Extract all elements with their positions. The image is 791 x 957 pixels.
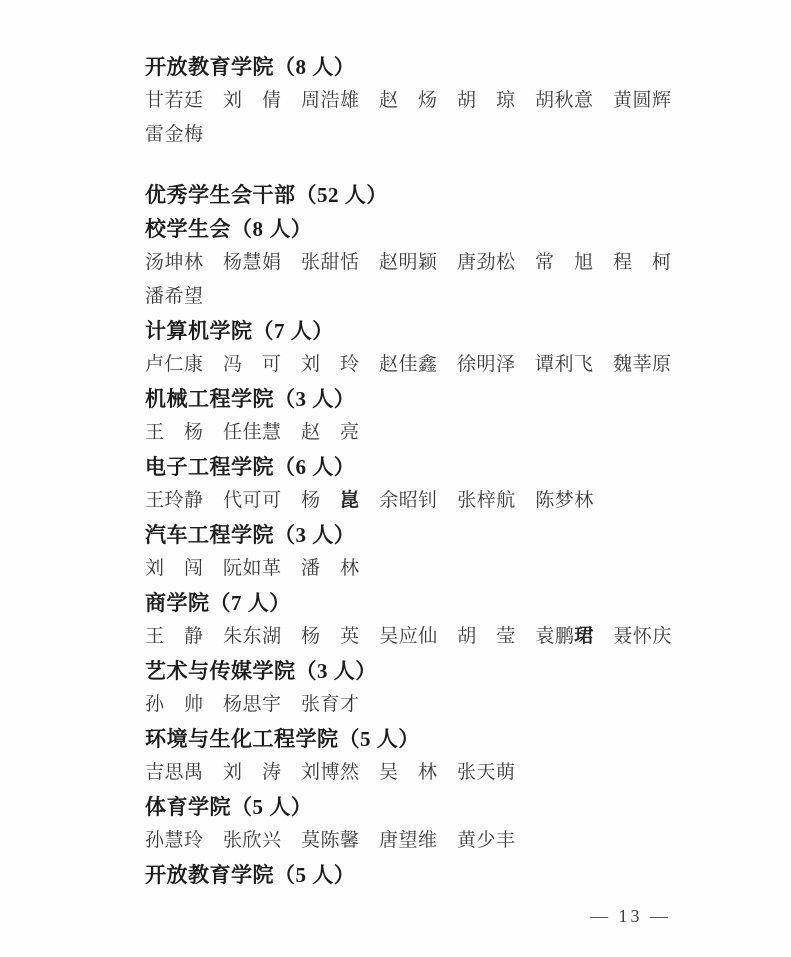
section-heading: 商学院（7 人） [145, 586, 675, 620]
section-heading: 计算机学院（7 人） [145, 314, 675, 348]
section-heading: 校学生会（8 人） [145, 212, 675, 246]
section-heading: 优秀学生会干部（52 人） [145, 178, 675, 212]
section-heading: 汽车工程学院（3 人） [145, 518, 675, 552]
names-line: 王 静 朱东湖 杨 英 吴应仙 胡 莹 袁鹏珺 聂怀庆 [145, 620, 675, 654]
section-heading: 开放教育学院（5 人） [145, 858, 675, 892]
names-line: 孙慧玲 张欣兴 莫陈馨 唐望维 黄少丰 [145, 824, 675, 858]
section-heading: 艺术与传媒学院（3 人） [145, 654, 675, 688]
section-heading: 电子工程学院（6 人） [145, 450, 675, 484]
names-line: 吉思禺 刘 涛 刘博然 吴 林 张天萌 [145, 756, 675, 790]
names-line: 王玲静 代可可 杨 崑 余昭钊 张梓航 陈梦林 [145, 484, 675, 518]
page-number: — 13 — [590, 906, 671, 927]
names-line: 甘若廷 刘 倩 周浩雄 赵 炀 胡 琼 胡秋意 黄圆辉 [145, 84, 675, 118]
names-line: 卢仁康 冯 可 刘 玲 赵佳鑫 徐明泽 谭利飞 魏莘原 [145, 348, 675, 382]
section-heading: 体育学院（5 人） [145, 790, 675, 824]
section-heading: 机械工程学院（3 人） [145, 382, 675, 416]
document-content: 开放教育学院（8 人）甘若廷 刘 倩 周浩雄 赵 炀 胡 琼 胡秋意 黄圆辉雷金… [145, 50, 675, 892]
names-line: 雷金梅 [145, 118, 675, 152]
names-line: 汤坤林 杨慧娟 张甜恬 赵明颖 唐劲松 常 旭 程 柯 [145, 246, 675, 280]
section-heading: 开放教育学院（8 人） [145, 50, 675, 84]
names-line: 潘希望 [145, 280, 675, 314]
names-line: 王 杨 任佳慧 赵 亮 [145, 416, 675, 450]
section-heading: 环境与生化工程学院（5 人） [145, 722, 675, 756]
names-line: 刘 闯 阮如革 潘 林 [145, 552, 675, 586]
blank-spacer [145, 152, 675, 178]
document-page: 开放教育学院（8 人）甘若廷 刘 倩 周浩雄 赵 炀 胡 琼 胡秋意 黄圆辉雷金… [0, 0, 791, 957]
names-line: 孙 帅 杨思宇 张育才 [145, 688, 675, 722]
